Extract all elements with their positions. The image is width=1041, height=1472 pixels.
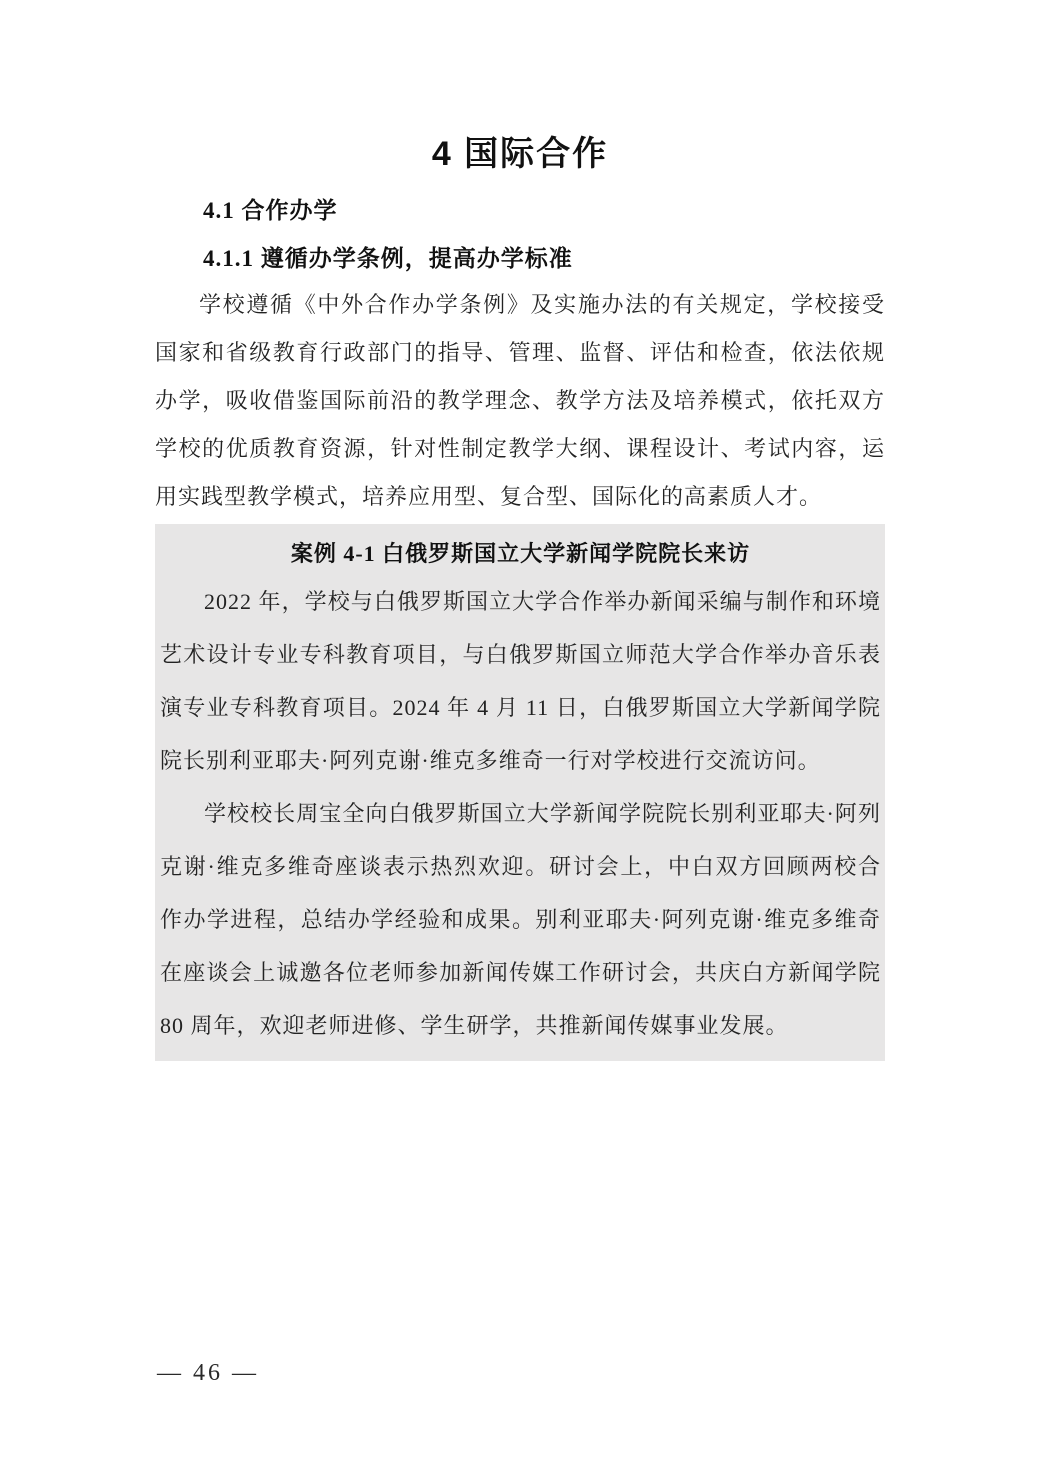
- document-page: 4 国际合作 4.1 合作办学 4.1.1 遵循办学条例，提高办学标准 学校遵循…: [0, 0, 1041, 1472]
- page-number: — 46 —: [157, 1355, 259, 1391]
- intro-paragraph: 学校遵循《中外合作办学条例》及实施办法的有关规定，学校接受国家和省级教育行政部门…: [155, 281, 885, 521]
- section-heading-4-1: 4.1 合作办学: [203, 194, 885, 228]
- case-paragraph-1: 2022 年，学校与白俄罗斯国立大学合作举办新闻采编与制作和环境艺术设计专业专科…: [160, 575, 881, 787]
- chapter-title: 4 国际合作: [155, 128, 885, 180]
- case-box: 案例 4-1 白俄罗斯国立大学新闻学院院长来访 2022 年，学校与白俄罗斯国立…: [155, 524, 885, 1061]
- case-box-title: 案例 4-1 白俄罗斯国立大学新闻学院院长来访: [160, 533, 881, 575]
- case-paragraph-2: 学校校长周宝全向白俄罗斯国立大学新闻学院院长别利亚耶夫·阿列克谢·维克多维奇座谈…: [160, 787, 881, 1052]
- subsection-heading-4-1-1: 4.1.1 遵循办学条例，提高办学标准: [203, 242, 885, 276]
- page-content: 4 国际合作 4.1 合作办学 4.1.1 遵循办学条例，提高办学标准 学校遵循…: [155, 128, 885, 1061]
